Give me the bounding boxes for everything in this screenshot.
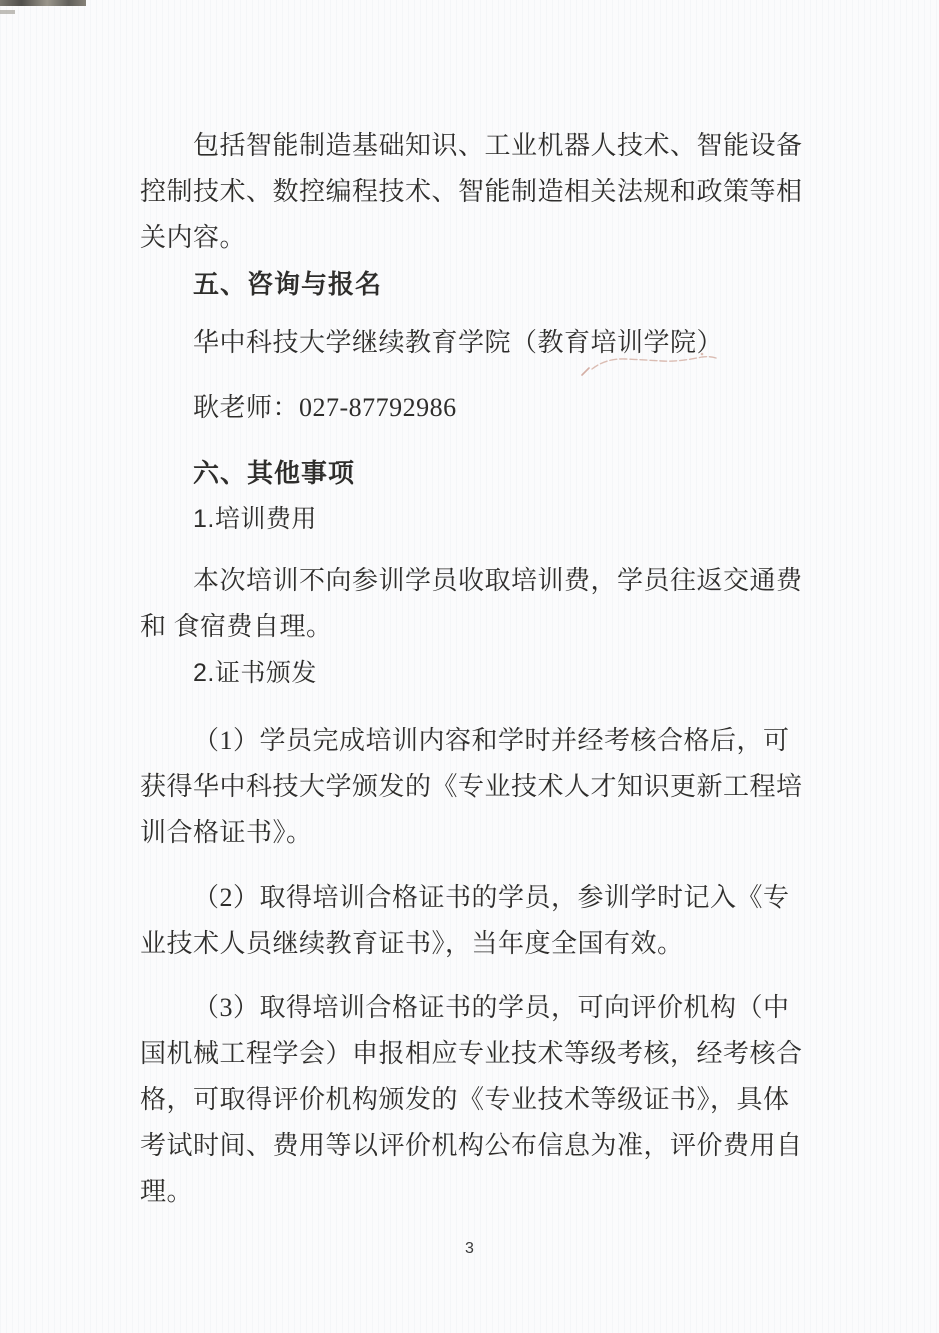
heading-section5-consult-register: 五、咨询与报名 <box>140 261 812 307</box>
paragraph-certificate-3: （3）取得培训合格证书的学员，可向评价机构（中 国机械工程学会）申报相应专业技术… <box>140 985 812 1215</box>
heading-section6-other-items: 六、其他事项 <box>140 450 812 496</box>
line-phone-contact: 耿老师：027-87792986 <box>140 385 812 431</box>
page-number: 3 <box>0 1240 939 1258</box>
document-body: 包括智能制造基础知识、工业机器人技术、智能设备 控制技术、数控编程技术、智能制造… <box>140 123 812 1215</box>
subheading-certificate-issuance: 2.证书颁发 <box>140 650 812 696</box>
paragraph-certificate-2: （2）取得培训合格证书的学员，参训学时记入《专 业技术人员继续教育证书》，当年度… <box>140 875 812 967</box>
scanner-smudge-artifact-small <box>0 10 15 14</box>
paragraph-course-content: 包括智能制造基础知识、工业机器人技术、智能设备 控制技术、数控编程技术、智能制造… <box>140 123 812 261</box>
scanner-smudge-artifact <box>0 0 86 6</box>
paragraph-certificate-1: （1）学员完成培训内容和学时并经考核合格后，可 获得华中科技大学颁发的《专业技术… <box>140 718 812 856</box>
document-page: 包括智能制造基础知识、工业机器人技术、智能设备 控制技术、数控编程技术、智能制造… <box>0 0 939 1333</box>
paragraph-fee: 本次培训不向参训学员收取培训费，学员往返交通费 和 食宿费自理。 <box>140 558 812 650</box>
subheading-training-fee: 1.培训费用 <box>140 496 812 542</box>
line-organization: 华中科技大学继续教育学院（教育培训学院） <box>140 320 812 366</box>
